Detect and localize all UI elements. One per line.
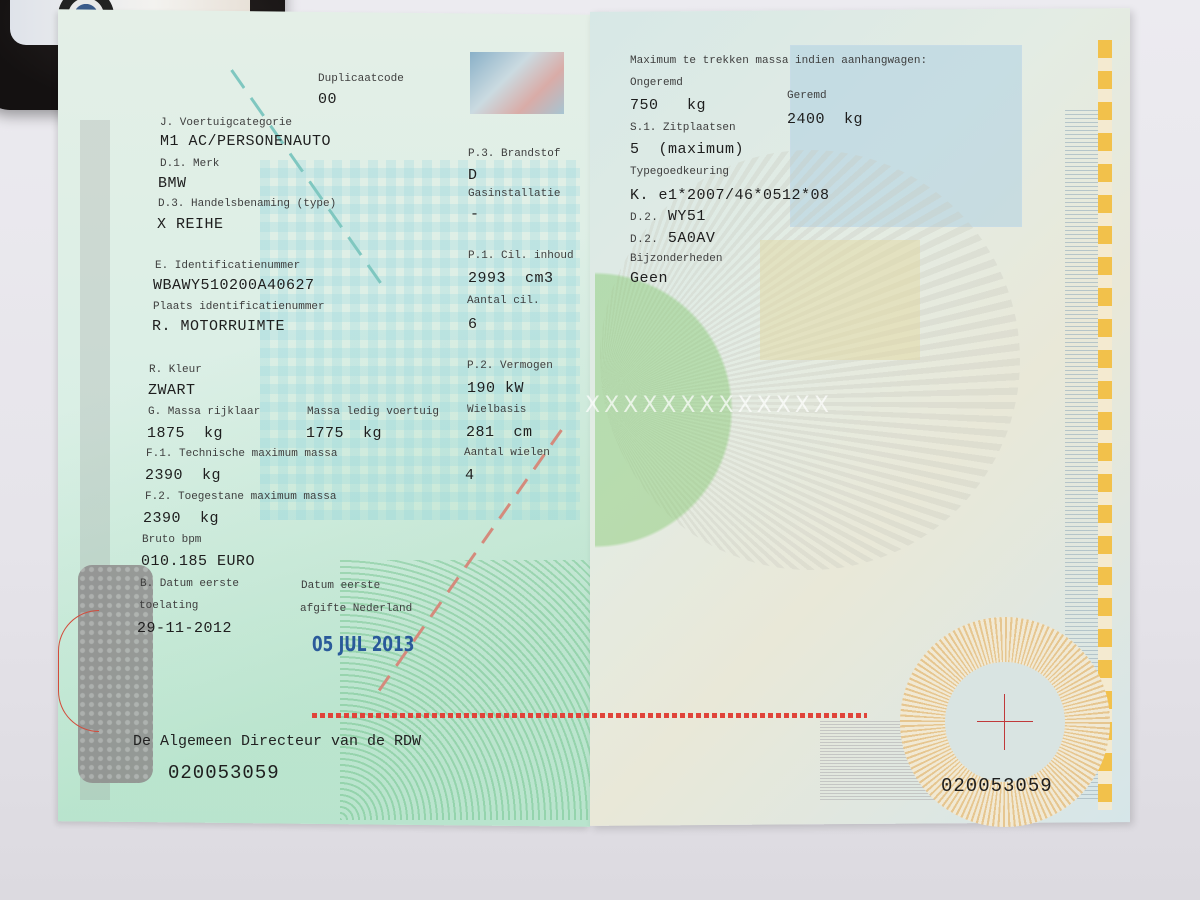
wheelbase-value: 281 cm xyxy=(466,424,533,441)
mass-empty-value: 1775 kg xyxy=(306,425,382,442)
type-approval-value: K. e1*2007/46*0512*08 xyxy=(630,187,830,204)
mass-empty-number: 1775 xyxy=(306,425,344,442)
vin-location-label: Plaats identificatienummer xyxy=(153,301,325,313)
first-issue-date-stamp: 05 JUL 2013 xyxy=(312,632,414,656)
version-label: D.2. xyxy=(630,234,658,246)
cylinders-label: Aantal cil. xyxy=(467,295,540,307)
unbraked-unit: kg xyxy=(687,97,706,114)
seats-number: 5 xyxy=(630,141,640,158)
trailer-heading: Maximum te trekken massa indien aanhangw… xyxy=(630,55,927,67)
trade-name-label: D.3. Handelsbenaming (type) xyxy=(158,198,336,210)
wheelbase-number: 281 xyxy=(466,424,495,441)
first-admission-label-2: toelating xyxy=(139,600,198,612)
first-admission-value: 29-11-2012 xyxy=(137,620,232,637)
displacement-number: 2993 xyxy=(468,270,506,287)
mass-empty-unit: kg xyxy=(363,425,382,442)
red-arc-decoration xyxy=(58,610,99,732)
type-approval-label: Typegoedkeuring xyxy=(630,166,729,178)
security-grid-pattern xyxy=(260,160,580,520)
vin-value: WBAWY510200A40627 xyxy=(153,277,315,294)
make-value: BMW xyxy=(158,175,187,192)
tech-max-mass-value: 2390 kg xyxy=(145,467,221,484)
braked-number: 2400 xyxy=(787,111,825,128)
mass-ready-value: 1875 kg xyxy=(147,425,223,442)
version-value: 5A0AV xyxy=(668,230,716,247)
seats-label: S.1. Zitplaatsen xyxy=(630,122,736,134)
particulars-value: Geen xyxy=(630,270,668,287)
allowed-max-mass-label: F.2. Toegestane maximum massa xyxy=(145,491,336,503)
sunburst-center xyxy=(945,662,1065,782)
vehicle-category-value: M1 AC/PERSONENAUTO xyxy=(160,133,331,150)
allowed-max-mass-unit: kg xyxy=(200,510,219,527)
red-dotted-line xyxy=(312,713,867,718)
fuel-value: D xyxy=(468,167,478,184)
unbraked-value: 750 kg xyxy=(630,97,706,114)
unbraked-number: 750 xyxy=(630,97,659,114)
displacement-label: P.1. Cil. inhoud xyxy=(468,250,574,262)
duplicate-code-label: Duplicaatcode xyxy=(318,73,404,85)
cylinders-value: 6 xyxy=(468,316,478,333)
gas-installation-value: - xyxy=(470,206,480,223)
wheelbase-label: Wielbasis xyxy=(467,404,526,416)
braked-label: Geremd xyxy=(787,90,827,102)
vehicle-category-label: J. Voertuigcategorie xyxy=(160,117,292,129)
braked-unit: kg xyxy=(844,111,863,128)
wheels-label: Aantal wielen xyxy=(464,447,550,459)
watermark-x-row: XXXXXXXXXXXXX xyxy=(585,393,925,418)
serial-number-right: 020053059 xyxy=(941,775,1053,797)
tech-max-mass-unit: kg xyxy=(202,467,221,484)
fuel-label: P.3. Brandstof xyxy=(468,148,560,160)
tech-max-mass-label: F.1. Technische maximum massa xyxy=(146,448,337,460)
tech-max-mass-number: 2390 xyxy=(145,467,183,484)
make-label: D.1. Merk xyxy=(160,158,219,170)
allowed-max-mass-number: 2390 xyxy=(143,510,181,527)
mass-ready-label: G. Massa rijklaar xyxy=(148,406,260,418)
allowed-max-mass-value: 2390 kg xyxy=(143,510,219,527)
crosshair-icon-vertical xyxy=(1004,694,1005,750)
displacement-unit: cm3 xyxy=(525,270,554,287)
wheels-value: 4 xyxy=(465,467,475,484)
unbraked-label: Ongeremd xyxy=(630,77,683,89)
power-label: P.2. Vermogen xyxy=(467,360,553,372)
mass-empty-label: Massa ledig voertuig xyxy=(307,406,439,418)
wheelbase-unit: cm xyxy=(514,424,533,441)
first-issue-nl-label-2: afgifte Nederland xyxy=(300,603,412,615)
gross-bpm-value: 010.185 EURO xyxy=(141,553,255,570)
vin-location-value: R. MOTORRUIMTE xyxy=(152,318,285,335)
seats-value: 5 (maximum) xyxy=(630,141,744,158)
gas-installation-label: Gasinstallatie xyxy=(468,188,560,200)
variant-label: D.2. xyxy=(630,212,658,224)
tan-security-box xyxy=(760,240,920,360)
variant-row: D.2. WY51 xyxy=(630,208,706,225)
duplicate-code-value: 00 xyxy=(318,91,337,108)
hologram-seal xyxy=(470,52,564,114)
seats-note: (maximum) xyxy=(659,141,745,158)
trade-name-value: X REIHE xyxy=(157,216,224,233)
variant-value: WY51 xyxy=(668,208,706,225)
first-issue-nl-label-1: Datum eerste xyxy=(301,580,380,592)
signatory-text: De Algemeen Directeur van de RDW xyxy=(133,733,421,750)
braked-value: 2400 kg xyxy=(787,111,863,128)
particulars-label: Bijzonderheden xyxy=(630,253,722,265)
color-label: R. Kleur xyxy=(149,364,202,376)
color-value: ZWART xyxy=(148,382,196,399)
power-value: 190 kW xyxy=(467,380,524,397)
crosshair-icon xyxy=(977,721,1033,722)
mass-ready-unit: kg xyxy=(204,425,223,442)
gross-bpm-label: Bruto bpm xyxy=(142,534,201,546)
first-admission-label-1: B. Datum eerste xyxy=(140,578,239,590)
vin-label: E. Identificatienummer xyxy=(155,260,300,272)
version-row: D.2. 5A0AV xyxy=(630,230,715,247)
mass-ready-number: 1875 xyxy=(147,425,185,442)
serial-number-left: 020053059 xyxy=(168,762,280,784)
displacement-value: 2993 cm3 xyxy=(468,270,554,287)
